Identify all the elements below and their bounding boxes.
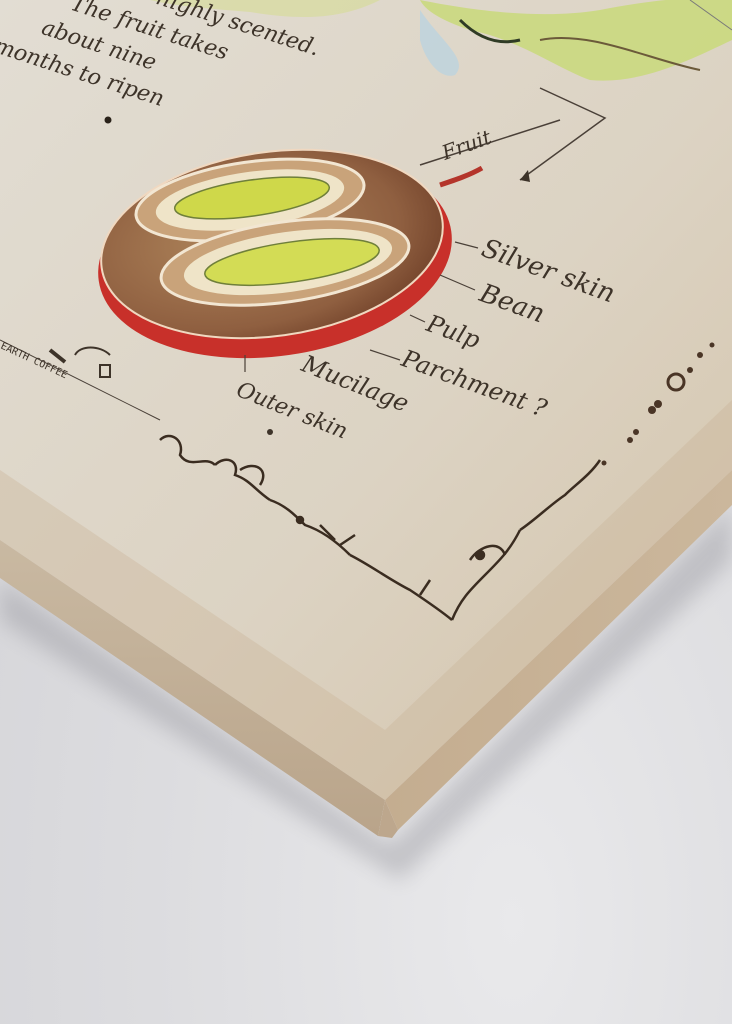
product-photo: highly scented. The fruit takes about ni… <box>0 0 732 1024</box>
canvas-print: highly scented. The fruit takes about ni… <box>0 0 732 1024</box>
